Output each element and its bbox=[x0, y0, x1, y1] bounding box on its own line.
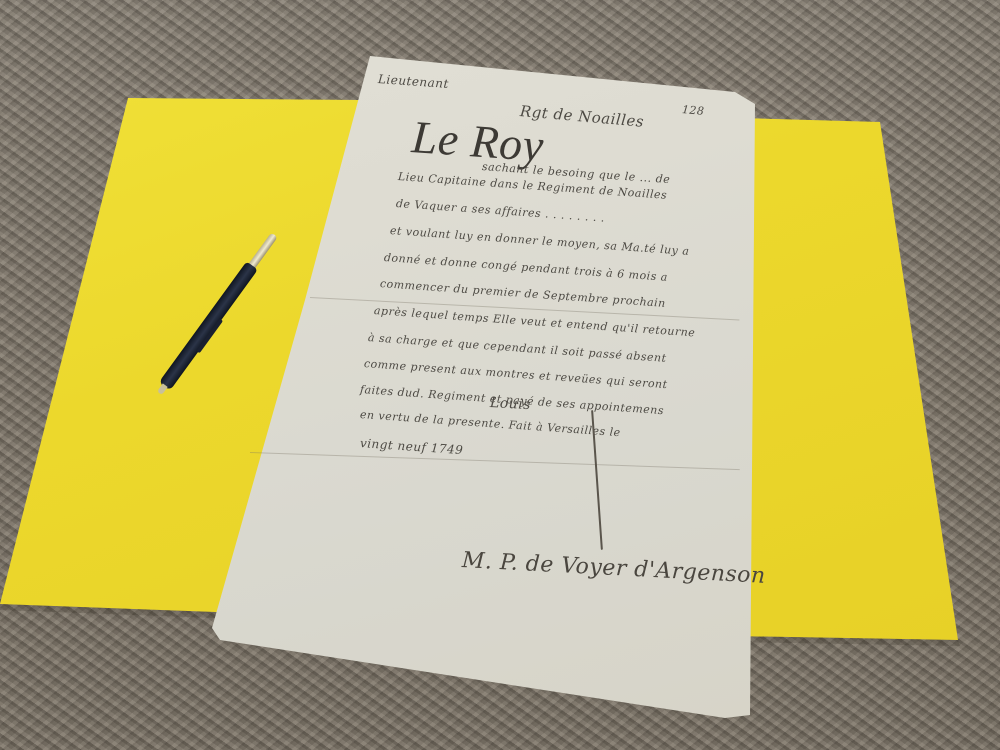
folio-number: 128 bbox=[681, 103, 705, 118]
royal-signature: Louis bbox=[490, 395, 532, 413]
pen-end bbox=[157, 383, 168, 395]
